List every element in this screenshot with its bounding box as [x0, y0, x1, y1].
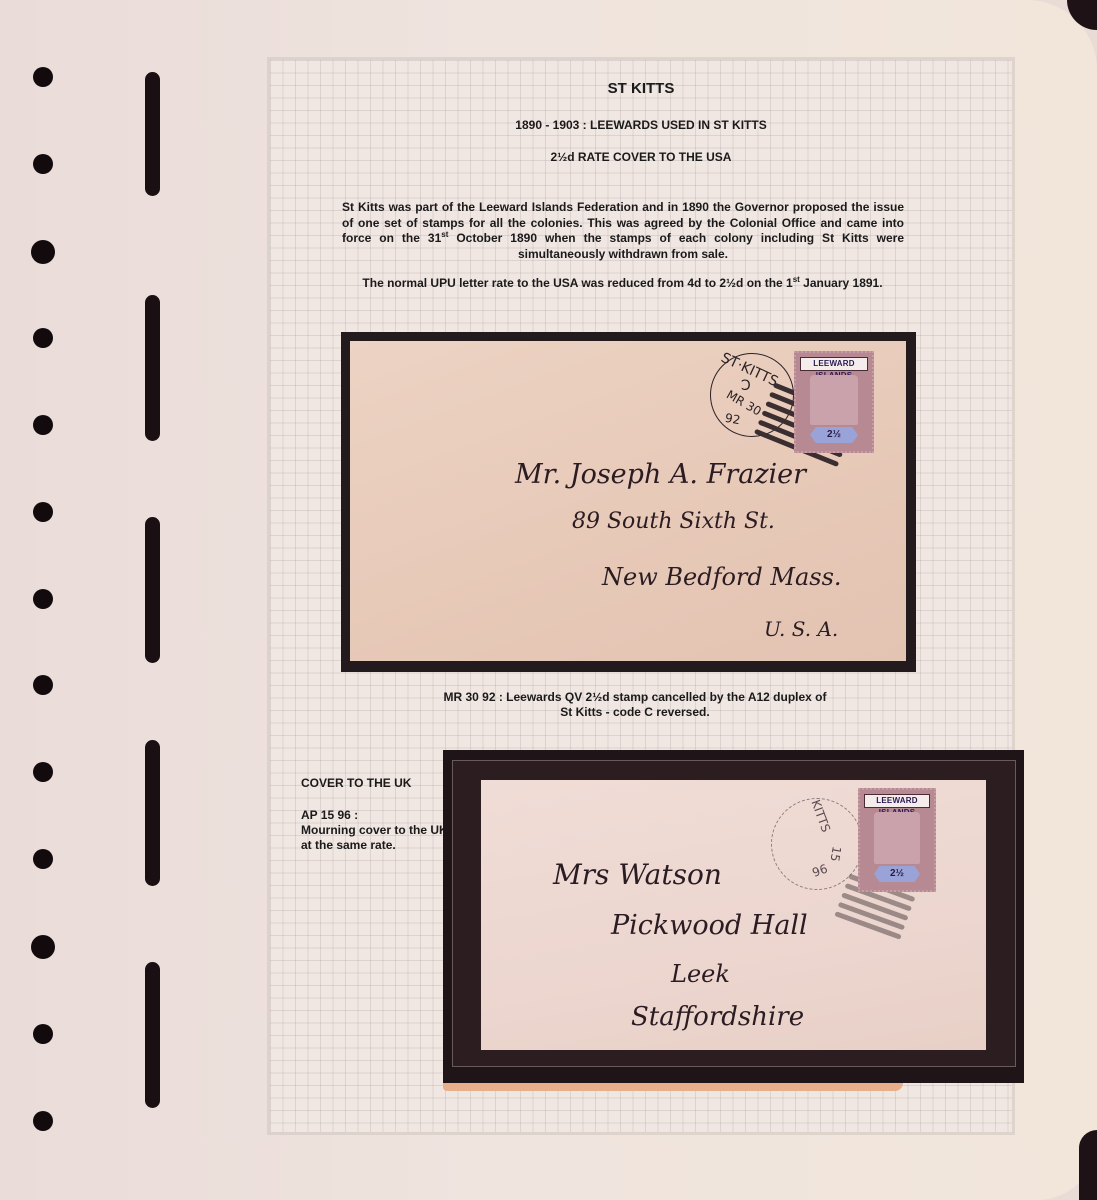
intro-paragraph: St Kitts was part of the Leeward Islands… — [342, 200, 904, 262]
uk-cover-heading: COVER TO THE UK — [301, 776, 411, 790]
page-title: ST KITTS — [270, 80, 1012, 97]
address-line: Mrs Watson — [553, 858, 722, 891]
binder-slot — [145, 72, 160, 196]
punch-hole — [33, 154, 53, 174]
binder-edge — [1037, 0, 1097, 60]
address-line: New Bedford Mass. — [602, 563, 842, 591]
punch-hole — [31, 935, 55, 959]
uk-cover-description: AP 15 96 : Mourning cover to the UK at t… — [301, 808, 451, 853]
address-line: 89 South Sixth St. — [572, 509, 775, 534]
address-line: Pickwood Hall — [611, 910, 808, 941]
punch-hole — [33, 762, 53, 782]
binder-edge — [1079, 1130, 1097, 1200]
cover-uk: KITTS 15 96 LEEWARD ISLANDS 2½ Mrs Watso… — [481, 780, 986, 1050]
stamp-leeward-islands: LEEWARD ISLANDS 2½ — [794, 351, 874, 453]
address-line: U. S. A. — [764, 617, 838, 641]
stamp-leeward-islands: LEEWARD ISLANDS 2½ — [858, 788, 936, 892]
punch-hole — [33, 589, 53, 609]
queen-victoria-portrait — [810, 375, 858, 425]
queen-victoria-portrait — [874, 812, 920, 864]
cover-usa-caption: MR 30 92 : Leewards QV 2½d stamp cancell… — [400, 690, 870, 720]
punch-hole — [31, 240, 55, 264]
punch-hole — [33, 849, 53, 869]
address-line: Staffordshire — [631, 1002, 804, 1032]
punch-hole — [33, 675, 53, 695]
mount-hinge — [443, 1083, 903, 1091]
punch-hole — [33, 1024, 53, 1044]
rate-note: The normal UPU letter rate to the USA wa… — [300, 276, 945, 290]
binder-slot — [145, 517, 160, 663]
punch-hole — [33, 328, 53, 348]
punch-hole — [33, 415, 53, 435]
binder-slot — [145, 962, 160, 1108]
period-heading: 1890 - 1903 : LEEWARDS USED IN ST KITTS — [270, 118, 1012, 132]
cover-usa: ST·KITTS C MR 30 92 LEEWARD ISLANDS 2½ M… — [350, 341, 906, 661]
address-line: Mr. Joseph A. Frazier — [515, 459, 806, 490]
binder-slot — [145, 740, 160, 886]
punch-hole — [33, 67, 53, 87]
binder-slot — [145, 295, 160, 441]
rate-heading: 2½d RATE COVER TO THE USA — [270, 150, 1012, 164]
punch-hole — [33, 502, 53, 522]
punch-hole — [33, 1111, 53, 1131]
address-line: Leek — [671, 960, 730, 988]
